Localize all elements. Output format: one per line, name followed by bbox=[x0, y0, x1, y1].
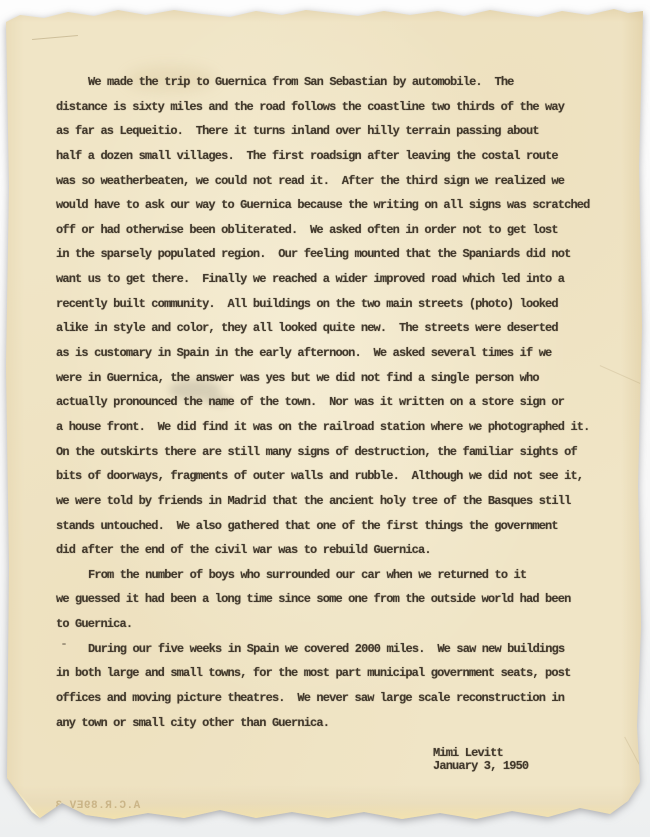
text-line: actually pronounced the name of the town… bbox=[56, 390, 612, 415]
text-line: off or had otherwise been obliterated. W… bbox=[56, 218, 612, 243]
text-line: as far as Lequeitio. There it turns inla… bbox=[56, 119, 612, 144]
paper-sheet: We made the trip to Guernica from San Se… bbox=[6, 6, 643, 825]
text-line: were in Guernica, the answer was yes but… bbox=[56, 366, 612, 391]
text-line: offices and moving picture theatres. We … bbox=[56, 686, 612, 711]
text-line: we were told by friends in Madrid that t… bbox=[56, 489, 612, 514]
text-line: we guessed it had been a long time since… bbox=[56, 587, 612, 612]
text-line: any town or small city other than Guerni… bbox=[56, 711, 612, 736]
signature-block: Mimi Levitt January 3, 1950 bbox=[433, 747, 528, 773]
crease-line bbox=[32, 35, 78, 40]
text-line: in the sparsely populated region. Our fe… bbox=[56, 242, 612, 267]
text-line: did after the end of the civil war was t… bbox=[56, 538, 612, 563]
text-line: distance is sixty miles and the road fol… bbox=[56, 95, 612, 120]
text-line: to Guernica. bbox=[56, 612, 612, 637]
verso-accession-mark: A.C.R.89EV.3 bbox=[55, 800, 140, 812]
text-line: On the outskirts there are still many si… bbox=[56, 440, 612, 465]
signature-date: January 3, 1950 bbox=[433, 760, 528, 773]
crease-line bbox=[624, 737, 644, 773]
text-line: During our five weeks in Spain we covere… bbox=[56, 637, 612, 662]
text-line: want us to get there. Finally we reached… bbox=[56, 267, 612, 292]
scan-background: { "document": { "lines": [ "We made the … bbox=[0, 0, 650, 837]
text-line: in both large and small towns, for the m… bbox=[56, 661, 612, 686]
text-line: a house front. We did find it was on the… bbox=[56, 415, 612, 440]
text-line: would have to ask our way to Guernica be… bbox=[56, 193, 612, 218]
text-line: bits of doorways, fragments of outer wal… bbox=[56, 464, 612, 489]
text-line: was so weatherbeaten, we could not read … bbox=[56, 169, 612, 194]
document-scan: We made the trip to Guernica from San Se… bbox=[0, 0, 650, 837]
text-line: We made the trip to Guernica from San Se… bbox=[56, 70, 612, 95]
text-line: From the number of boys who surrounded o… bbox=[56, 563, 612, 588]
text-line: stands untouched. We also gathered that … bbox=[56, 514, 612, 539]
text-line: recently built community. All buildings … bbox=[56, 292, 612, 317]
corner-fold bbox=[6, 770, 42, 822]
text-line: half a dozen small villages. The first r… bbox=[56, 144, 612, 169]
typed-text-block: We made the trip to Guernica from San Se… bbox=[56, 70, 612, 735]
text-line: as is customary in Spain in the early af… bbox=[56, 341, 612, 366]
text-line: alike in style and color, they all looke… bbox=[56, 316, 612, 341]
